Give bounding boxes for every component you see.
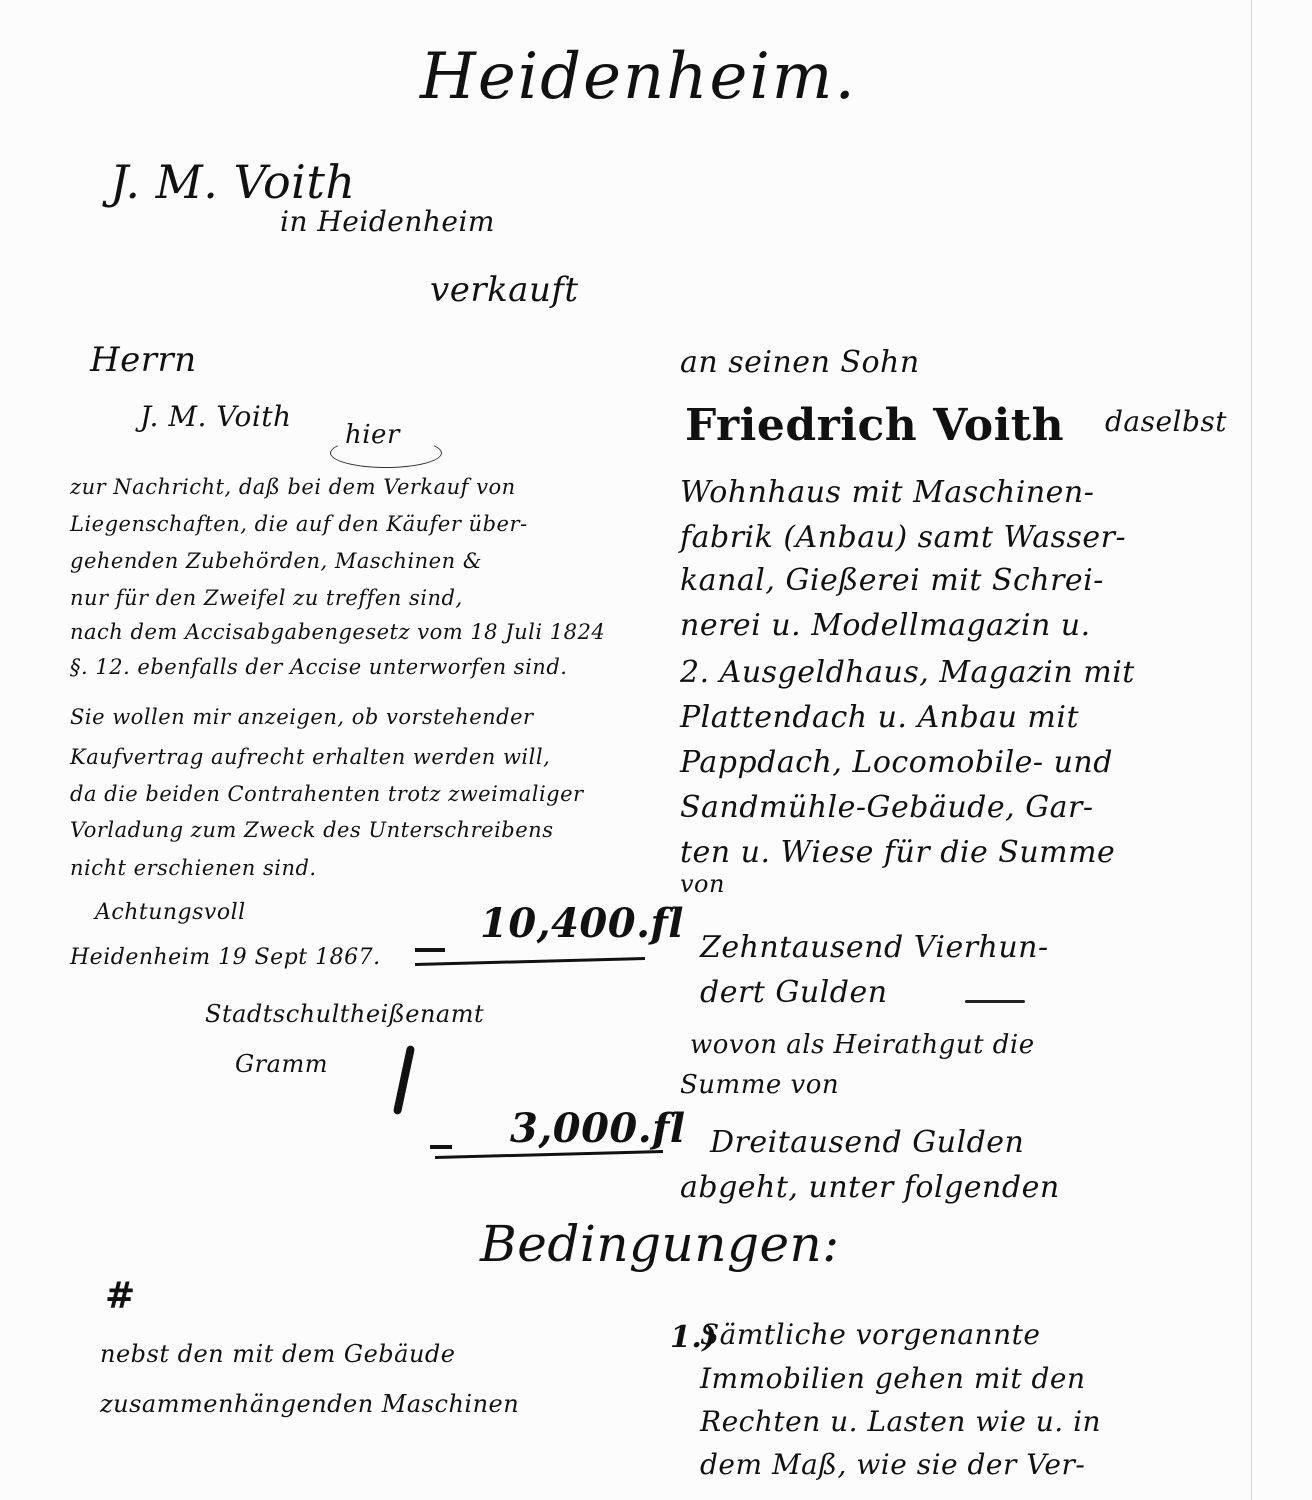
note-line: gehenden Zubehörden, Maschinen & xyxy=(70,549,482,573)
amount-dash xyxy=(430,1145,452,1149)
property-line: kanal, Gießerei mit Schrei- xyxy=(680,563,1104,598)
conditions-heading: Bedingungen: xyxy=(480,1215,840,1273)
note-line: nur für den Zweifel zu treffen sind, xyxy=(70,586,463,610)
signature-flourish xyxy=(393,1045,415,1115)
condition-line: Sämtliche vorgenannte xyxy=(700,1318,1040,1351)
property-line: Pappdach, Locomobile- und xyxy=(680,745,1113,780)
dowry-amount: 3,000.fl xyxy=(510,1105,686,1152)
property-line: Sandmühle-Gebäude, Gar- xyxy=(680,790,1094,825)
buyer-suffix: daselbst xyxy=(1105,405,1227,438)
document-page: Heidenheim. J. M. Voith in Heidenheim ve… xyxy=(0,0,1312,1500)
dowry-intro: Summe von xyxy=(680,1070,839,1100)
underline-swash xyxy=(330,438,442,468)
amount-dash xyxy=(415,948,445,952)
note-line: nach dem Accisabgabengesetz vom 18 Juli … xyxy=(70,620,605,644)
note-line: da die beiden Contrahenten trotz zweimal… xyxy=(70,782,584,806)
document-title: Heidenheim. xyxy=(420,40,857,114)
buyer-name: Friedrich Voith xyxy=(685,400,1064,451)
note-line: §. 12. ebenfalls der Accise unterworfen … xyxy=(70,655,567,679)
buyer-prefix: an seinen Sohn xyxy=(680,345,920,380)
page-edge-line xyxy=(1251,0,1252,1500)
condition-line: Immobilien gehen mit den xyxy=(700,1362,1086,1395)
note-line: Liegenschaften, die auf den Käufer über- xyxy=(70,512,528,536)
note-line: Kaufvertrag aufrecht erhalten werden wil… xyxy=(70,745,550,769)
footnote-line: nebst den mit dem Gebäude xyxy=(100,1340,456,1368)
line-end-swash xyxy=(965,1000,1025,1003)
price-amount: 10,400.fl xyxy=(480,900,684,947)
note-signature: Gramm xyxy=(235,1050,328,1078)
note-office: Stadtschultheißenamt xyxy=(205,1000,484,1028)
note-line: Sie wollen mir anzeigen, ob vorstehender xyxy=(70,705,534,729)
note-date: Heidenheim 19 Sept 1867. xyxy=(70,945,381,970)
price-words: dert Gulden xyxy=(700,975,888,1010)
footnote-line: zusammenhängenden Maschinen xyxy=(100,1390,519,1418)
note-line: zur Nachricht, daß bei dem Verkauf von xyxy=(70,475,516,499)
note-line: Vorladung zum Zweck des Unterschreibens xyxy=(70,818,553,842)
note-line: nicht erschienen sind. xyxy=(70,856,317,880)
property-line: ten u. Wiese für die Summe xyxy=(680,835,1115,870)
note-salutation: Herrn xyxy=(90,340,197,380)
seller-place: in Heidenheim xyxy=(280,205,495,238)
property-line: 2. Ausgeldhaus, Magazin mit xyxy=(680,655,1135,690)
property-line: fabrik (Anbau) samt Wasser- xyxy=(680,520,1126,555)
dowry-words: Dreitausend Gulden xyxy=(710,1125,1024,1160)
dowry-intro: wovon als Heirathgut die xyxy=(690,1030,1035,1060)
property-line: nerei u. Modellmagazin u. xyxy=(680,608,1091,643)
footnote-marker: # xyxy=(105,1275,136,1317)
property-line: Wohnhaus mit Maschinen- xyxy=(680,475,1094,510)
dowry-words: abgeht, unter folgenden xyxy=(680,1170,1060,1205)
amount-underline xyxy=(415,957,645,966)
note-closing: Achtungsvoll xyxy=(95,900,246,925)
property-line: von xyxy=(680,870,725,898)
price-words: Zehntausend Vierhun- xyxy=(700,930,1049,965)
contract-verb: verkauft xyxy=(430,270,579,310)
condition-line: dem Maß, wie sie der Ver- xyxy=(700,1448,1085,1481)
condition-line: Rechten u. Lasten wie u. in xyxy=(700,1405,1101,1438)
note-addressee: J. M. Voith xyxy=(140,400,292,433)
seller-name: J. M. Voith xyxy=(110,155,355,209)
property-line: Plattendach u. Anbau mit xyxy=(680,700,1079,735)
